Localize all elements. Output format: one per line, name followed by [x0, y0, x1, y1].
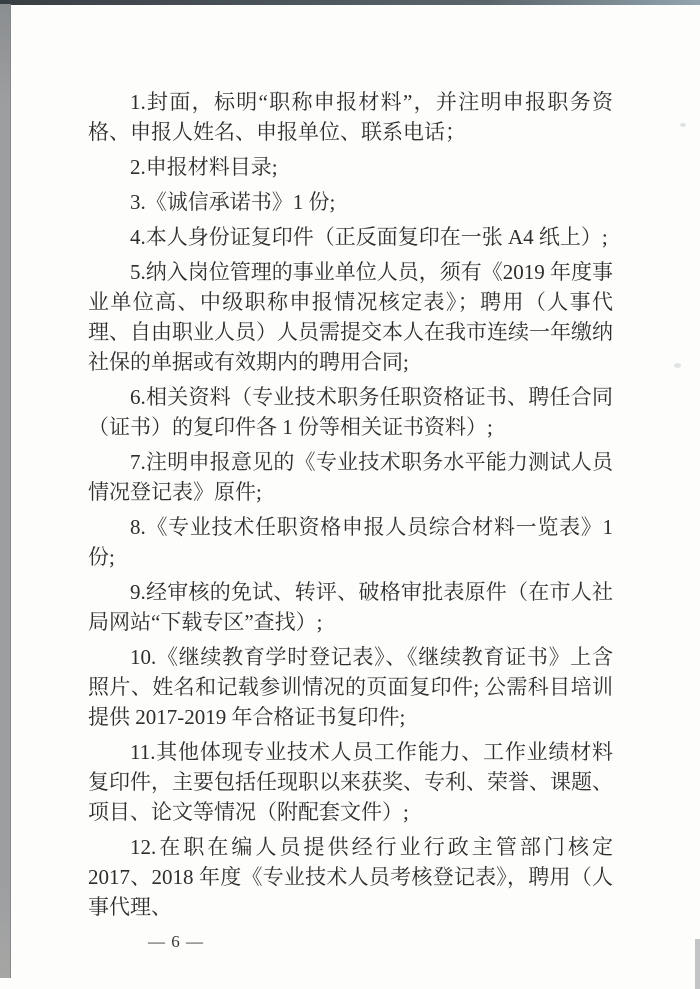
paragraph-12: 12.在职在编人员提供经行业行政主管部门核定 2017、2018 年度《专业技术…: [88, 832, 613, 922]
paragraph-7: 7.注明申报意见的《专业技术职务水平能力测试人员情况登记表》原件;: [88, 447, 613, 507]
page-number: — 6 —: [88, 927, 613, 957]
document-body: 1.封面，标明“职称申报材料”，并注明申报职务资格、申报人姓名、申报单位、联系电…: [88, 87, 613, 957]
paragraph-6: 6.相关资料（专业技术职务任职资格证书、聘任合同（证书）的复印件各 1 份等相关…: [88, 382, 613, 442]
scan-noise-speck: [680, 123, 686, 127]
paragraph-11: 11.其他体现专业技术人员工作能力、工作业绩材料复印件，主要包括任现职以来获奖、…: [88, 737, 613, 827]
scan-noise-speck: [674, 363, 681, 368]
paragraph-10: 10.《继续教育学时登记表》、《继续教育证书》上含照片、姓名和记载参训情况的页面…: [88, 642, 613, 732]
paragraph-3: 3.《诚信承诺书》1 份;: [88, 187, 613, 217]
scan-top-edge-shadow: [0, 0, 700, 5]
scan-left-edge-shadow: [0, 4, 11, 978]
paragraph-4: 4.本人身份证复印件（正反面复印在一张 A4 纸上）;: [88, 222, 613, 252]
scanned-document-page: 1.封面，标明“职称申报材料”，并注明申报职务资格、申报人姓名、申报单位、联系电…: [0, 0, 700, 989]
paragraph-8: 8.《专业技术任职资格申报人员综合材料一览表》1 份;: [88, 512, 613, 572]
paragraph-1: 1.封面，标明“职称申报材料”，并注明申报职务资格、申报人姓名、申报单位、联系电…: [88, 87, 613, 147]
paragraph-2: 2.申报材料目录;: [88, 152, 613, 182]
scan-right-edge-shadow: [695, 939, 700, 989]
paragraph-5: 5.纳入岗位管理的事业单位人员，须有《2019 年度事业单位高、中级职称申报情况…: [88, 257, 613, 377]
paragraph-9: 9.经审核的免试、转评、破格审批表原件（在市人社局网站“下载专区”查找）;: [88, 577, 613, 637]
